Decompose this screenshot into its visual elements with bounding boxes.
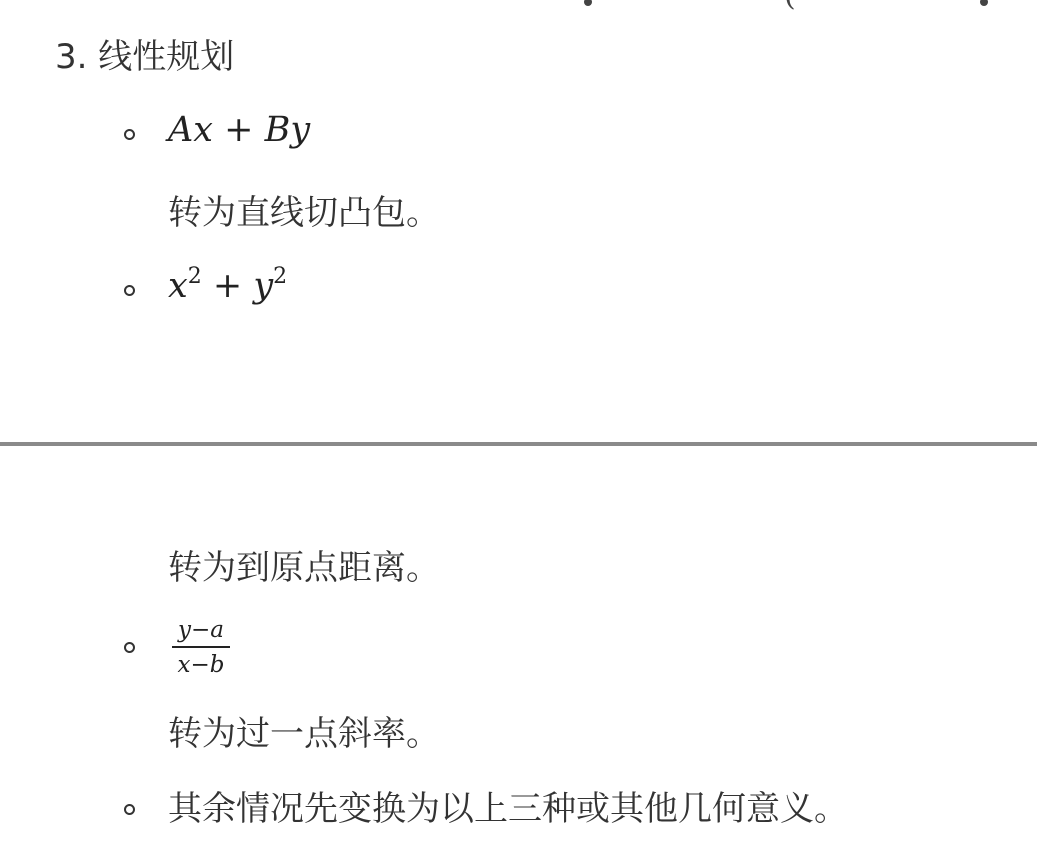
list-bullet-icon [124,642,135,653]
math-operator: + [213,266,242,306]
math-term: x [168,266,188,306]
page-break-divider [0,442,1037,446]
math-operator: + [224,110,253,150]
item-note: 转为到原点距离。 [168,545,440,591]
math-term: y [253,266,273,306]
cut-paren: ( [784,0,796,13]
math-term: Ax [168,110,213,150]
list-bullet-icon [124,129,135,140]
fraction-bar [172,646,230,648]
math-exponent: 2 [188,264,202,289]
math-expression: Ax + By [168,110,310,150]
list-bullet-icon [124,285,135,296]
math-expression: x2 + y2 [168,266,287,306]
cut-glyph [584,0,592,6]
list-bullet-icon [124,804,135,815]
item-note: 转为直线切凸包。 [168,190,440,236]
list-item-text: 其余情况先变换为以上三种或其他几何意义。 [168,786,848,832]
section-heading: 3. 线性规划 [55,34,234,80]
fraction-numerator: y−a [178,616,224,644]
fraction-denominator: x−b [178,651,225,679]
cut-glyph [980,0,988,6]
math-exponent: 2 [273,264,287,289]
math-fraction: y−a x−b [172,616,230,679]
item-note: 转为过一点斜率。 [168,711,440,757]
math-term: By [265,110,311,150]
